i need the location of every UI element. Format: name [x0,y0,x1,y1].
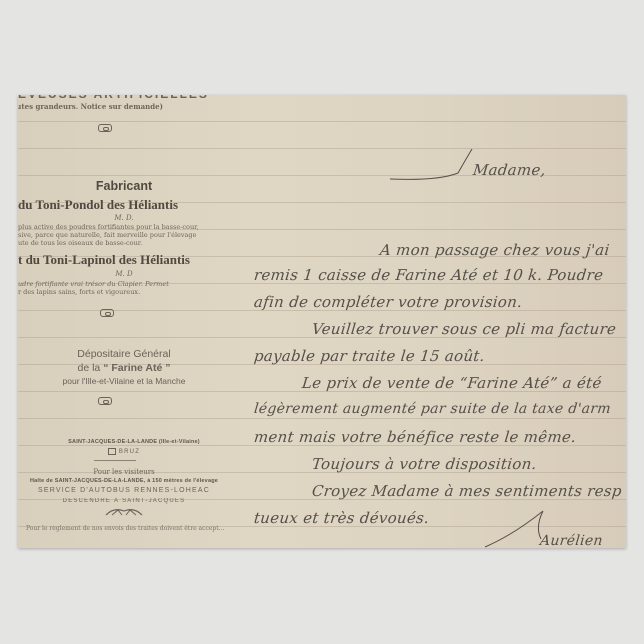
letter-line-1: A mon passage chez vous j'ai [379,241,610,259]
product1-desc-3: ute de tous les oiseaux de basse-cour. [18,239,230,247]
station-label: BRUZ [119,449,140,455]
letter-line-4: Veuillez trouver sous ce pli ma facture [311,320,617,338]
visitors-line1: Halte de SAINT-JACQUES-DE-LA-LANDE, à 15… [18,478,230,484]
salutation: Madame, [472,161,547,179]
letter-sheet: EVEUSES ARTIFICIELLES (toutes grandeurs.… [18,95,626,548]
address-line: SAINT-JACQUES-DE-LA-LANDE (Ille-et-Vilai… [28,439,240,445]
depositaire-line1: Dépositaire Général [18,348,230,360]
ornament-icon [98,397,112,405]
letterhead-top-caps: EVEUSES ARTIFICIELLES [18,95,230,101]
station-line: BRUZ [18,448,230,455]
letter-line-5: payable par traite le 15 août. [253,347,486,365]
depositaire-line2: de la “ Farine Até ” [18,362,230,374]
letter-line-2: remis 1 caisse de Farine Até et 10 k. Po… [253,266,604,284]
depositaire-line3: pour l'Ille-et-Vilaine et la Manche [18,376,230,386]
ornament-flourish-icon [104,507,144,517]
bottom-note: Pour le règlement de nos envois des trai… [26,525,238,532]
product1-desc-1: plus active des poudres fortifiantes pou… [18,223,230,231]
ornament-icon [100,309,114,317]
product2-title: t du Toni-Lapinol des Héliantis [18,252,230,268]
ornament-icon [98,124,112,132]
product1-desc-2: sive, parce que naturelle, fait merveill… [18,231,230,239]
station-icon [108,448,116,455]
farine-ate-label: “ Farine Até ” [103,362,170,374]
visitors-line3: DESCENDRE À SAINT-JACQUES [18,498,230,504]
depositaire-line2-prefix: de la [78,362,104,374]
letter-line-3: afin de compléter votre provision. [253,293,523,311]
product1-title: du Toni-Pondol des Héliantis [18,197,230,213]
product2-desc-2: r des lapins sains, forts et vigoureux. [18,288,230,296]
letter-line-9: Toujours à votre disposition. [311,455,538,473]
letter-line-8: ment mais votre bénéfice reste le même. [253,428,577,446]
letter-line-11: tueux et très dévoués. [253,509,430,527]
letter-line-6: Le prix de vente de “Farine Até” a été [301,374,603,392]
signature: Aurélien [539,533,603,548]
fabricant-heading: Fabricant [18,179,230,193]
visitors-line2: SERVICE D'AUTOBUS RENNES-LOHÉAC [18,487,230,494]
visitors-heading: Pour les visiteurs [18,468,230,476]
letterhead-top-note: (toutes grandeurs. Notice sur demande) [18,102,190,111]
letter-line-10: Croyez Madame à mes sentiments resp [311,482,623,500]
product2-desc-1: udre fortifiante vrai trésor du Clapier.… [18,280,230,288]
product1-md: M. D. [18,214,230,222]
divider [94,460,136,461]
product2-md: M. D [18,270,230,278]
letter-line-7: légèrement augmenté par suite de la taxe… [253,401,612,417]
